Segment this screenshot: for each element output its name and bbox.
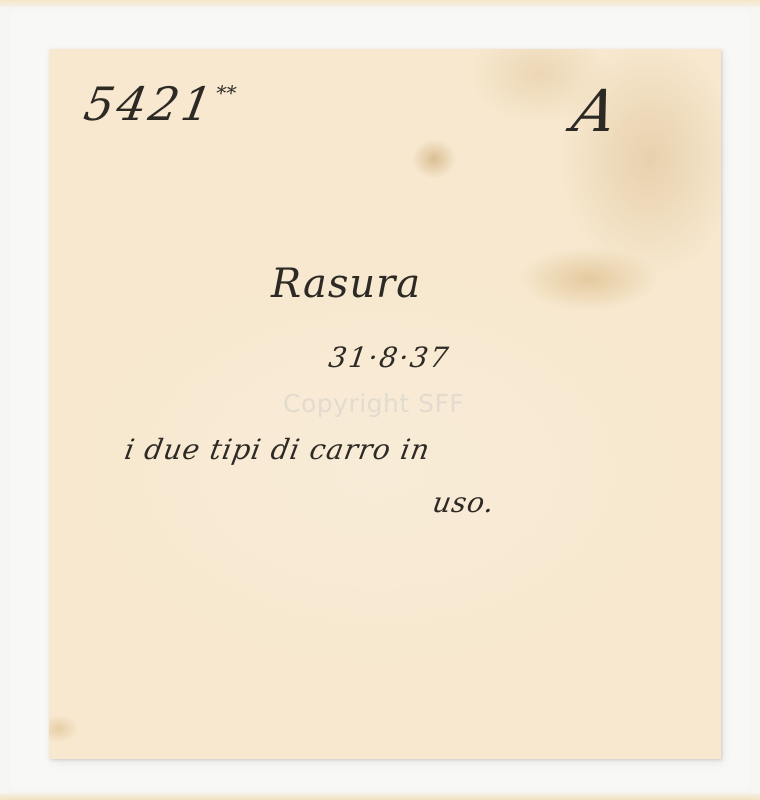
section-letter: A — [567, 77, 623, 145]
mount-board: 5421** A Rasura 31·8·37 Copyright SFF i … — [8, 7, 752, 793]
catalog-number-text: 5421 — [80, 77, 219, 131]
caption-description-line-1: i due tipi di carro in — [122, 433, 433, 466]
top-edge-strip — [0, 0, 760, 7]
archival-card: 5421** A Rasura 31·8·37 Copyright SFF i … — [49, 49, 721, 759]
caption-description-line-2: uso. — [430, 486, 497, 519]
catalog-number: 5421** — [80, 77, 239, 131]
bottom-edge-strip — [0, 793, 760, 800]
catalog-marks: ** — [214, 81, 238, 105]
caption-title: Rasura — [271, 261, 421, 307]
caption-date: 31·8·37 — [327, 341, 453, 374]
copyright-watermark: Copyright SFF — [283, 389, 464, 418]
